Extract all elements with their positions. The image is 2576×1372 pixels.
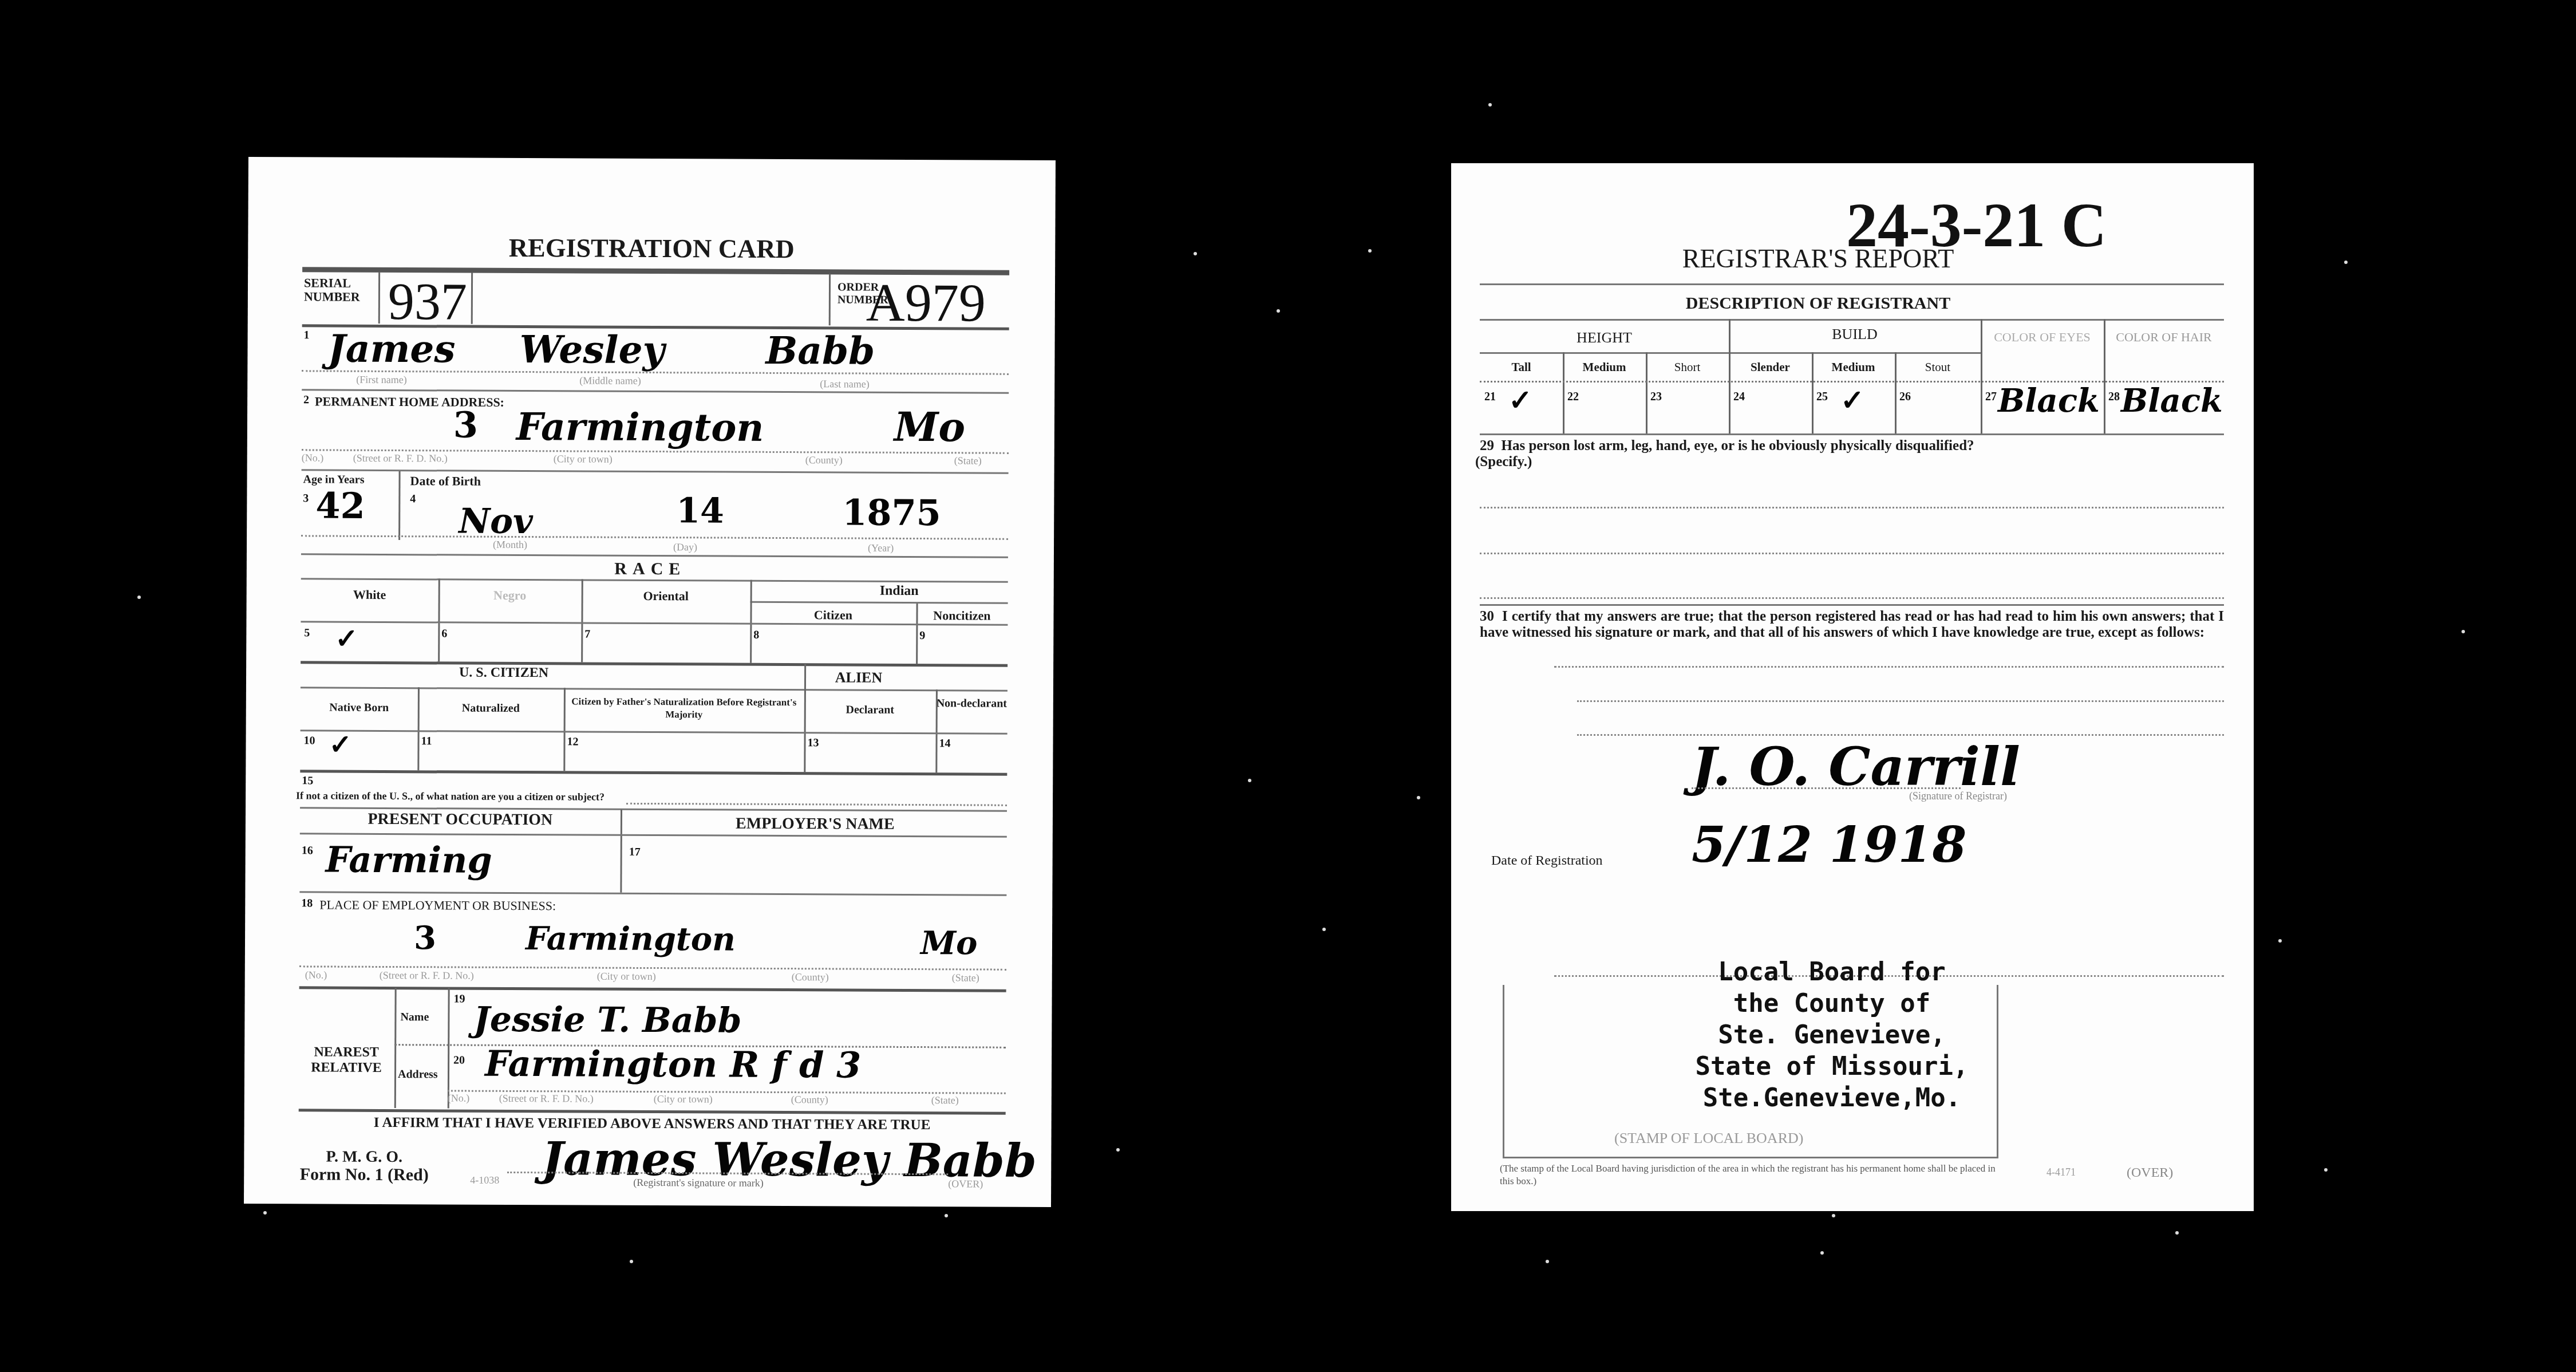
divider	[301, 553, 1008, 558]
stamp-line: State of Missouri,	[1672, 1051, 1992, 1082]
divider	[620, 810, 622, 893]
speck	[1417, 796, 1420, 799]
dob-label: Date of Birth	[410, 474, 481, 489]
description-header: Medium	[1812, 360, 1895, 374]
race-header: Negro	[438, 588, 582, 603]
employment-sub-labels: (No.)(Street or R. F. D. No.)(City or to…	[299, 969, 1006, 987]
field-number: 27	[1985, 391, 1997, 404]
speck	[137, 596, 141, 599]
sub-label: (County)	[792, 971, 829, 983]
divider	[1480, 604, 2224, 606]
divider	[1480, 597, 2224, 599]
field-number: 30	[1480, 609, 1494, 624]
divider	[1729, 319, 1730, 433]
divider	[378, 272, 380, 324]
divider	[1554, 666, 2224, 668]
divider	[438, 578, 440, 661]
field-number: 10	[303, 734, 315, 747]
field-number: 11	[421, 735, 432, 748]
checkmark: ✓	[329, 729, 351, 761]
divider	[935, 689, 938, 772]
divider	[750, 580, 752, 663]
divider	[471, 273, 473, 324]
eye-color-value: Black	[1998, 382, 2100, 420]
speck	[1248, 779, 1251, 782]
affirmation-text: I AFFIRM THAT I HAVE VERIFIED ABOVE ANSW…	[299, 1114, 1006, 1133]
stamp-label: (STAMP OF LOCAL BOARD)	[1614, 1130, 1803, 1147]
over-label: (OVER)	[948, 1178, 983, 1190]
hair-label: COLOR OF HAIR	[2104, 330, 2224, 344]
checkmark: ✓	[1508, 383, 1532, 417]
speck	[1546, 1260, 1549, 1263]
height-label: HEIGHT	[1480, 329, 1729, 346]
citizenship-header: Naturalized	[418, 701, 564, 715]
stamp-line: Local Board for	[1672, 956, 1992, 988]
divider	[299, 986, 1006, 992]
middle-name-label: (Middle name)	[579, 374, 641, 387]
speck	[1277, 309, 1280, 313]
divider	[581, 579, 583, 662]
middle-name: Wesley	[519, 327, 665, 372]
divider	[394, 988, 397, 1108]
citizenship-header: Citizen by Father's Naturalization Befor…	[564, 695, 804, 722]
divider	[804, 663, 806, 772]
speck	[1322, 928, 1326, 931]
stamp-note: (The stamp of the Local Board having jur…	[1500, 1162, 1998, 1188]
divider	[1646, 352, 1647, 433]
field-number: 16	[302, 844, 313, 857]
sub-label: (State)	[954, 455, 982, 467]
age-value: 42	[315, 484, 365, 526]
field-number: 17	[629, 846, 641, 859]
divider	[626, 803, 1007, 806]
sub-label: (No.)	[305, 969, 327, 981]
field-number: 2	[303, 393, 309, 407]
field-number: 13	[807, 736, 819, 750]
sub-label: (Street or R. F. D. No.)	[353, 452, 448, 465]
home-address-city: Farmington	[516, 404, 764, 450]
question-29-text: Has person lost arm, leg, hand, eye, or …	[1502, 438, 1974, 454]
speck	[945, 1214, 948, 1217]
divider	[1895, 352, 1897, 433]
signature-label: (Registrant's signature or mark)	[633, 1177, 764, 1189]
sub-label: (State)	[952, 972, 979, 984]
field-number: 5	[304, 626, 310, 640]
race-table: White5✓Negro6Oriental7Citizen8Noncitizen…	[301, 578, 1008, 646]
nation-question: If not a citizen of the U. S., of what n…	[296, 790, 605, 803]
sub-label: (No.)	[448, 1092, 470, 1104]
field-number: 18	[301, 897, 313, 910]
dob-year: 1875	[842, 491, 941, 534]
speck	[263, 1211, 267, 1215]
description-header: Tall	[1480, 360, 1563, 374]
employment-state: Mo	[920, 924, 978, 962]
specify-label: (Specify.)	[1475, 454, 1532, 470]
divider	[1480, 433, 2224, 435]
race-header: Citizen	[750, 608, 916, 623]
field-number: 29	[1480, 438, 1494, 454]
divider	[302, 469, 1009, 474]
field-number: 15	[302, 774, 313, 787]
date-of-registration-label: Date of Registration	[1491, 853, 1603, 869]
relative-address: Farmington R f d 3	[485, 1043, 861, 1086]
field-number: 26	[1899, 391, 1911, 404]
relative-address-label: Address	[398, 1068, 438, 1081]
description-table: HEIGHTBUILDTall21✓Medium22Short23Slender…	[1480, 319, 2224, 433]
divider	[417, 687, 420, 770]
question-29: 29 Has person lost arm, leg, hand, eye, …	[1480, 438, 2230, 454]
eyes-label: COLOR OF EYES	[1981, 330, 2104, 344]
registrar-signature-label: (Signature of Registrar)	[1909, 790, 2007, 802]
dob-day-label: (Day)	[673, 541, 697, 553]
field-number: 8	[753, 629, 759, 642]
checkmark: ✓	[335, 623, 358, 655]
speck	[1832, 1214, 1835, 1217]
description-title: DESCRIPTION OF REGISTRANT	[1451, 294, 2254, 313]
home-address-number: 3	[453, 404, 478, 445]
local-board-stamp: Local Board forthe County ofSte. Genevie…	[1672, 956, 1992, 1114]
description-header: Stout	[1895, 360, 1981, 374]
field-number: 7	[584, 628, 590, 641]
divider	[916, 604, 918, 664]
race-header: White	[301, 587, 438, 602]
stamp-line: the County of	[1672, 988, 1992, 1019]
field-number: 20	[453, 1054, 465, 1067]
race-header: Oriental	[582, 588, 750, 604]
relative-name: Jessie T. Babb	[473, 1000, 741, 1041]
divider	[829, 274, 831, 325]
stamp-line: Ste. Genevieve,	[1672, 1019, 1992, 1051]
field-number: 3	[303, 492, 309, 505]
card-title: REGISTRATION CARD	[248, 231, 1055, 265]
speck	[1194, 252, 1197, 255]
order-number: A979	[866, 272, 986, 334]
last-name-label: (Last name)	[820, 378, 870, 390]
speck	[2278, 939, 2282, 943]
place-of-employment-label: PLACE OF EMPLOYMENT OR BUSINESS:	[319, 897, 556, 913]
sub-label: (State)	[931, 1094, 959, 1106]
dob-day: 14	[676, 491, 724, 531]
field-number: 14	[939, 737, 950, 750]
form-id-number: Form No. 1 (Red)	[290, 1165, 438, 1185]
speck	[1368, 249, 1372, 253]
divider	[1563, 352, 1564, 433]
speck	[2344, 261, 2348, 264]
over-label: (OVER)	[2127, 1165, 2173, 1181]
checkmark: ✓	[1840, 383, 1864, 417]
field-number: 22	[1567, 391, 1579, 404]
field-number: 9	[919, 629, 925, 642]
speck	[1488, 103, 1492, 107]
field-number: 23	[1650, 391, 1662, 404]
last-name: Babb	[765, 328, 875, 373]
hair-color-value: Black	[2121, 382, 2223, 420]
divider	[1480, 283, 2224, 285]
citizenship-header: Non-declarant	[936, 697, 1008, 710]
sub-label: (Street or R. F. D. No.)	[499, 1093, 594, 1105]
speck	[2175, 1231, 2179, 1235]
divider	[299, 891, 1006, 896]
divider	[1577, 700, 2224, 702]
speck	[2324, 1168, 2328, 1172]
field-number: 19	[454, 993, 465, 1006]
employment-number: 3	[414, 919, 436, 957]
question-30-text: I certify that my answers are true; that…	[1480, 609, 2224, 640]
address-sub-labels: (No.)(Street or R. F. D. No.)(City or to…	[302, 452, 1009, 470]
employment-city: Farmington	[526, 920, 736, 959]
field-number: 24	[1733, 391, 1745, 404]
sub-label: (No.)	[302, 452, 324, 464]
divider	[398, 471, 401, 540]
field-number: 12	[567, 735, 578, 748]
field-number: 21	[1484, 391, 1496, 404]
race-title: RACE	[247, 558, 1054, 581]
dob-year-label: (Year)	[868, 542, 894, 554]
print-code: 4-4171	[2046, 1166, 2076, 1178]
first-name: James	[327, 326, 455, 372]
field-number: 28	[2108, 391, 2120, 404]
description-header: Slender	[1729, 360, 1812, 374]
registration-card: REGISTRATION CARD SERIAL NUMBER 937 ORDE…	[244, 157, 1056, 1207]
question-30: 30 I certify that my answers are true; t…	[1480, 609, 2224, 641]
divider	[302, 389, 1009, 393]
citizenship-header: Declarant	[804, 703, 936, 716]
build-label: BUILD	[1729, 326, 1981, 343]
date-of-registration-value: 5/12 1918	[1692, 816, 1966, 874]
serial-number: 937	[388, 271, 467, 332]
print-code: 4-1038	[470, 1174, 499, 1186]
employer-header: EMPLOYER'S NAME	[623, 814, 1007, 834]
field-number: 4	[410, 492, 416, 506]
sub-label: (County)	[791, 1094, 828, 1106]
speck	[2462, 630, 2465, 633]
occupation-value: Farming	[325, 839, 492, 881]
description-header: Medium	[1563, 360, 1646, 374]
divider	[1480, 507, 2224, 508]
divider	[1692, 787, 1961, 789]
divider	[299, 1109, 1006, 1114]
citizenship-header: Native Born	[301, 701, 418, 714]
relative-sub-labels: (No.)(Street or R. F. D. No.)(City or to…	[448, 1092, 1006, 1109]
citizenship-table: Native Born10✓Naturalized11Citizen by Fa…	[300, 661, 1008, 772]
field-number: 6	[441, 627, 447, 640]
description-header: Short	[1646, 360, 1729, 374]
sub-label: (County)	[805, 454, 843, 466]
divider	[1480, 553, 2224, 554]
field-number: 1	[304, 329, 310, 342]
nearest-relative-label: NEAREST RELATIVE	[301, 1044, 392, 1076]
report-title: REGISTRAR'S REPORT	[1451, 243, 2254, 274]
speck	[1820, 1251, 1824, 1255]
sub-label: (Street or R. F. D. No.)	[380, 969, 474, 982]
serial-label: SERIAL NUMBER	[304, 276, 378, 304]
race-header: Noncitizen	[916, 608, 1008, 624]
sub-label: (City or town)	[597, 971, 656, 983]
occupation-header: PRESENT OCCUPATION	[300, 810, 621, 829]
sub-label: (City or town)	[554, 453, 613, 465]
relative-name-label: Name	[400, 1011, 429, 1024]
divider	[1812, 352, 1814, 433]
form-id-pmgo: P. M. G. O.	[298, 1148, 430, 1166]
registrars-report-card: 24-3-21 C REGISTRAR'S REPORT DESCRIPTION…	[1451, 163, 2254, 1211]
field-number: 25	[1816, 391, 1828, 404]
sub-label: (City or town)	[654, 1093, 713, 1105]
divider	[563, 688, 566, 771]
divider	[1480, 381, 2224, 383]
first-name-label: (First name)	[356, 374, 407, 386]
dob-month-label: (Month)	[493, 539, 527, 551]
home-address-state: Mo	[894, 403, 966, 451]
speck	[1116, 1148, 1120, 1152]
divider	[301, 535, 1008, 539]
stamp-line: Ste.Genevieve,Mo.	[1672, 1082, 1992, 1114]
speck	[630, 1260, 633, 1263]
